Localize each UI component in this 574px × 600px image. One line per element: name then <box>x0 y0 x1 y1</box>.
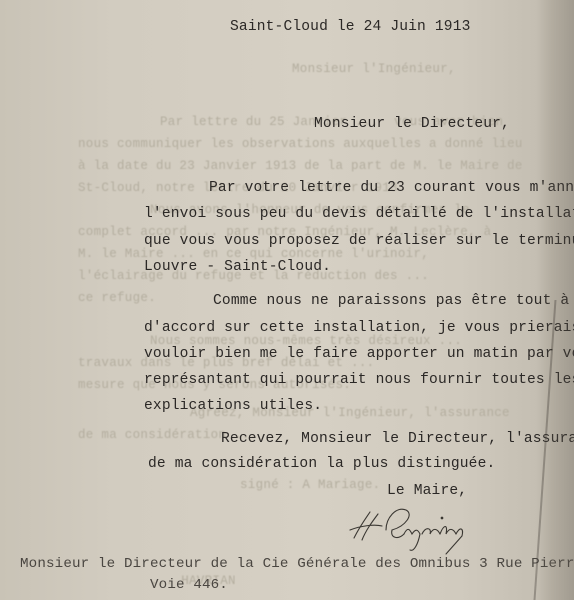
ghost-line: signé : A Mariage. <box>240 478 380 492</box>
salutation: Monsieur le Directeur, <box>314 116 510 132</box>
handwritten-signature <box>346 500 476 558</box>
letter-page: Monsieur l'Ingénieur, Par lettre du 25 J… <box>0 0 574 600</box>
ghost-line: nous communiquer les observations auxque… <box>78 137 523 151</box>
paragraph-line: Recevez, Monsieur le Directeur, l'assura… <box>221 431 574 447</box>
recipient-line-2: Voie 446. <box>150 577 228 593</box>
place-date: Saint-Cloud le 24 Juin 1913 <box>230 19 471 35</box>
ghost-line: à la date du 23 Janvier 1913 de la part … <box>78 159 523 173</box>
paragraph-line: vouloir bien me le faire apporter un mat… <box>144 346 574 362</box>
recipient-line-1: Monsieur le Directeur de la Cie Générale… <box>20 556 574 572</box>
ghost-line: ce refuge. <box>78 291 156 305</box>
paragraph-line: de ma considération la plus distinguée. <box>148 456 495 472</box>
signatory-title: Le Maire, <box>387 483 467 499</box>
paragraph-line: Comme nous ne paraissons pas être tout à… <box>213 293 574 309</box>
ghost-line: Monsieur l'Ingénieur, <box>292 62 456 76</box>
paragraph-line: que vous vous proposez de réaliser sur l… <box>144 233 574 249</box>
paragraph-line: Par votre lettre du 23 courant vous m'an… <box>209 180 574 196</box>
paragraph-line: représantant qui pourrait nous fournir t… <box>144 372 574 388</box>
paragraph-line: Louvre - Saint-Cloud. <box>144 259 331 275</box>
paragraph-line: explications utiles. <box>144 398 322 414</box>
paragraph-line: l'envoi sous peu du devis détaillé de l'… <box>144 206 574 222</box>
paragraph-line: d'accord sur cette installation, je vous… <box>144 320 574 336</box>
